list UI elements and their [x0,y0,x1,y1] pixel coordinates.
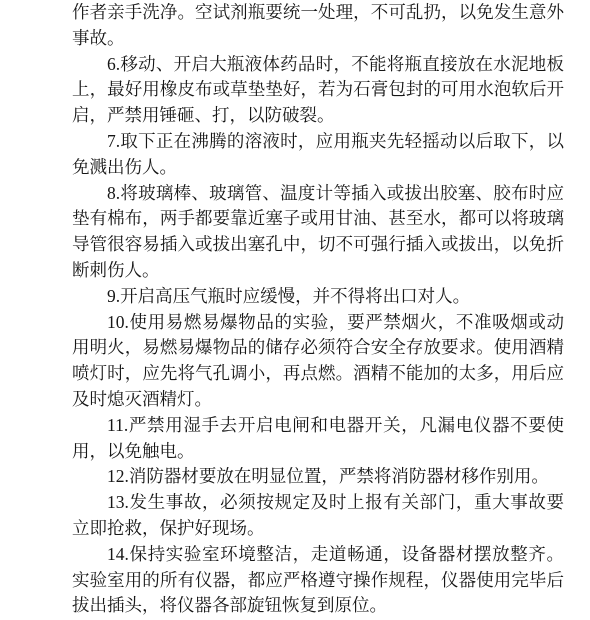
paragraph-rule-12: 12.消防器材要放在明显位置，严禁将消防器材移作别用。 [72,464,564,490]
document-page: 作者亲手洗净。空试剂瓶要统一处理，不可乱扔，以免发生意外事故。 6.移动、开启大… [0,0,590,620]
paragraph-rule-10: 10.使用易燃易爆物品的实验，要严禁烟火，不准吸烟或动用明火，易燃易爆物品的储存… [72,310,564,413]
paragraph-continuation: 作者亲手洗净。空试剂瓶要统一处理，不可乱扔，以免发生意外事故。 [72,0,564,52]
paragraph-rule-14: 14.保持实验室环境整洁，走道畅通，设备器材摆放整齐。实验室用的所有仪器，都应严… [72,542,564,619]
paragraph-rule-7: 7.取下正在沸腾的溶液时，应用瓶夹先轻摇动以后取下，以免溅出伤人。 [72,129,564,181]
paragraph-rule-6: 6.移动、开启大瓶液体药品时，不能将瓶直接放在水泥地板上，最好用橡皮布或草垫垫好… [72,52,564,129]
paragraph-rule-9: 9.开启高压气瓶时应缓慢，并不得将出口对人。 [72,284,564,310]
paragraph-rule-11: 11.严禁用湿手去开启电闸和电器开关，凡漏电仪器不要使用，以免触电。 [72,413,564,465]
paragraph-rule-13: 13.发生事故，必须按规定及时上报有关部门，重大事故要立即抢救，保护好现场。 [72,490,564,542]
paragraph-rule-8: 8.将玻璃棒、玻璃管、温度计等插入或拔出胶塞、胶布时应垫有棉布，两手都要靠近塞子… [72,181,564,284]
